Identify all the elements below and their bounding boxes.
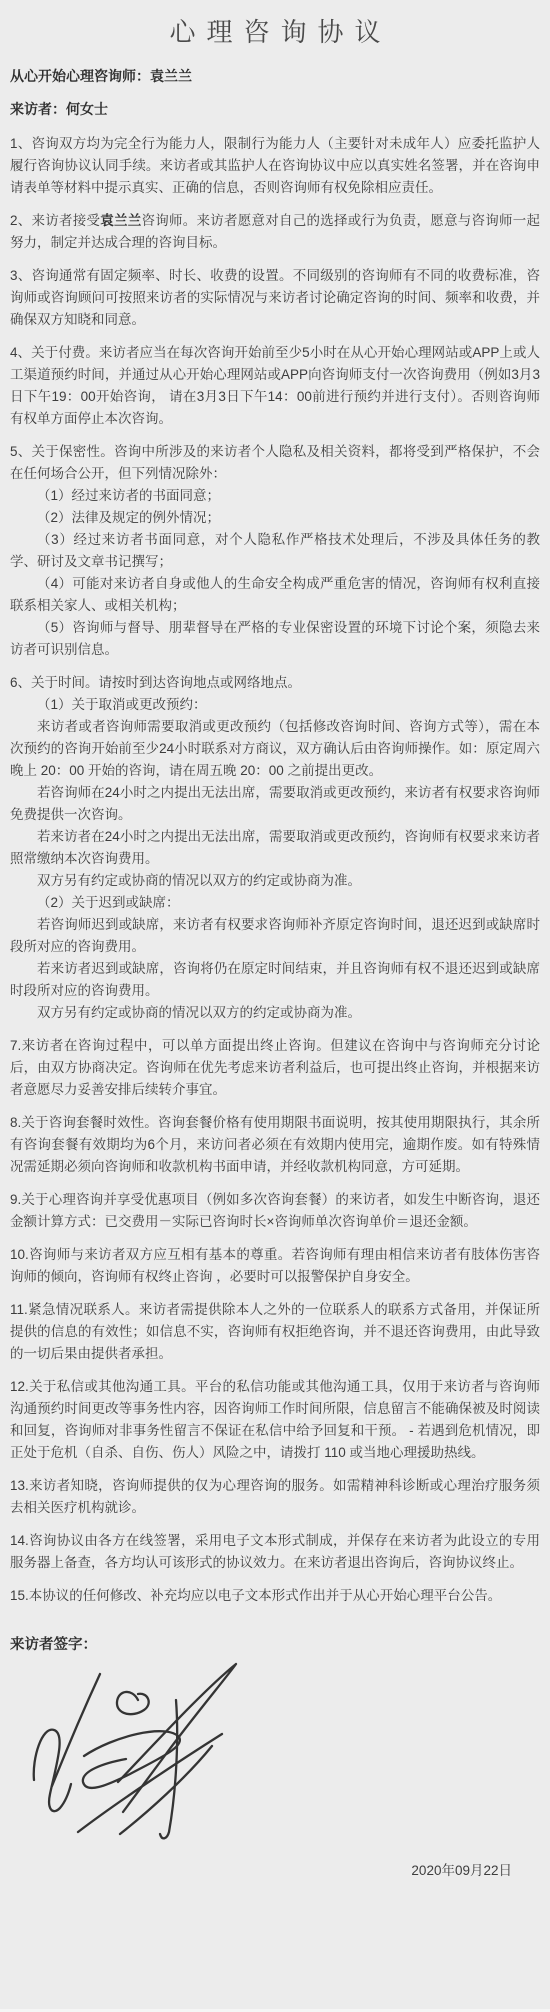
counselor-line: 从心开始心理咨询师：袁兰兰 [10,67,540,85]
clause-6-item-4: 若来访者在24小时之内提出无法出席，需要取消或更改预约，咨询师有权要求来访者照常… [10,826,540,870]
clause-14: 14.咨询协议由各方在线签署，采用电子文本形式制成，并保存在来访者为此设立的专用… [10,1530,540,1574]
clause-4: 4、关于付费。来访者应当在每次咨询开始前至少5小时在从心开始心理网站或APP上或… [10,342,540,430]
clause-11: 11.紧急情况联系人。来访者需提供除本人之外的一位联系人的联系方式备用，并保证所… [10,1299,540,1365]
clause-7: 7.来访者在咨询过程中，可以单方面提出终止咨询。但建议在咨询中与咨询师充分讨论后… [10,1035,540,1101]
clause-8: 8.关于咨询套餐时效性。咨询套餐价格有使用期限书面说明，按其使用期限执行，其余所… [10,1112,540,1178]
clause-6-item-9: 双方另有约定或协商的情况以双方的约定或协商为准。 [10,1002,540,1024]
agreement-document: 心理咨询协议 从心开始心理咨询师：袁兰兰 来访者：何女士 1、咨询双方均为完全行… [0,0,550,1949]
clause-5: 5、关于保密性。咨询中所涉及的来访者个人隐私及相关资料，都将受到严格保护，不会在… [10,441,540,485]
clause-6-item-3: 若咨询师在24小时之内提出无法出席，需要取消或更改预约，来访者有权要求咨询师免费… [10,782,540,826]
signature-date: 2020年09月22日 [10,1859,512,1879]
clause-5-item-3: （3）经过来访者书面同意，对个人隐私作严格技术处理后，不涉及具体任务的教学、研讨… [10,529,540,573]
page-title: 心理咨询协议 [10,12,540,49]
visitor-name: 何女士 [66,101,108,117]
clause-5-item-1: （1）经过来访者的书面同意； [10,485,540,507]
counselor-label: 从心开始心理咨询师： [10,68,150,84]
clause-13: 13.来访者知晓，咨询师提供的仅为心理咨询的服务。如需精神科诊断或心理治疗服务须… [10,1475,540,1519]
clause-6-item-2: 来访者或者咨询师需要取消或更改预约（包括修改咨询时间、咨询方式等），需在本次预约… [10,716,540,782]
clause-2-counselor-name: 袁兰兰 [100,213,141,228]
signature-label: 来访者签字： [10,1633,540,1654]
clause-5-item-4: （4）可能对来访者自身或他人的生命安全构成严重危害的情况，咨询师有权利直接联系相… [10,573,540,617]
signature-scribble [26,1662,246,1847]
clause-12: 12.关于私信或其他沟通工具。平台的私信功能或其他沟通工具，仅用于来访者与咨询师… [10,1376,540,1464]
clause-1: 1、咨询双方均为完全行为能力人，限制行为能力人（主要针对未成年人）应委托监护人履… [10,133,540,199]
clause-15: 15.本协议的任何修改、补充均应以电子文本形式作出并于从心开始心理平台公告。 [10,1585,540,1607]
clause-9: 9.关于心理咨询并享受优惠项目（例如多次咨询套餐）的来访者，如发生中断咨询，退还… [10,1189,540,1233]
clause-2-pre: 2、来访者接受 [10,213,100,228]
clause-6-item-8: 若来访者迟到或缺席，咨询将仍在原定时间结束，并且咨询师有权不退还迟到或缺席时段所… [10,958,540,1002]
clause-2: 2、来访者接受袁兰兰咨询师。来访者愿意对自己的选择或行为负责，愿意与咨询师一起努… [10,210,540,254]
clause-6-item-1: （1）关于取消或更改预约： [10,694,540,716]
clause-10: 10.咨询师与来访者双方应互相有基本的尊重。若咨询师有理由相信来访者有肢体伤害咨… [10,1244,540,1288]
visitor-label: 来访者： [10,101,66,117]
clause-6-item-7: 若咨询师迟到或缺席，来访者有权要求咨询师补齐原定咨询时间，退还迟到或缺席时段所对… [10,914,540,958]
clause-5-item-2: （2）法律及规定的例外情况； [10,507,540,529]
visitor-line: 来访者：何女士 [10,100,540,118]
counselor-name: 袁兰兰 [150,68,192,84]
clause-5-item-5: （5）咨询师与督导、朋辈督导在严格的专业保密设置的环境下讨论个案，须隐去来访者可… [10,617,540,661]
signature-area [26,1662,246,1847]
clause-6: 6、关于时间。请按时到达咨询地点或网络地点。 [10,672,540,694]
clause-6-item-5: 双方另有约定或协商的情况以双方的约定或协商为准。 [10,870,540,892]
clause-6-item-6: （2）关于迟到或缺席： [10,892,540,914]
clause-3: 3、咨询通常有固定频率、时长、收费的设置。不同级别的咨询师有不同的收费标准，咨询… [10,265,540,331]
